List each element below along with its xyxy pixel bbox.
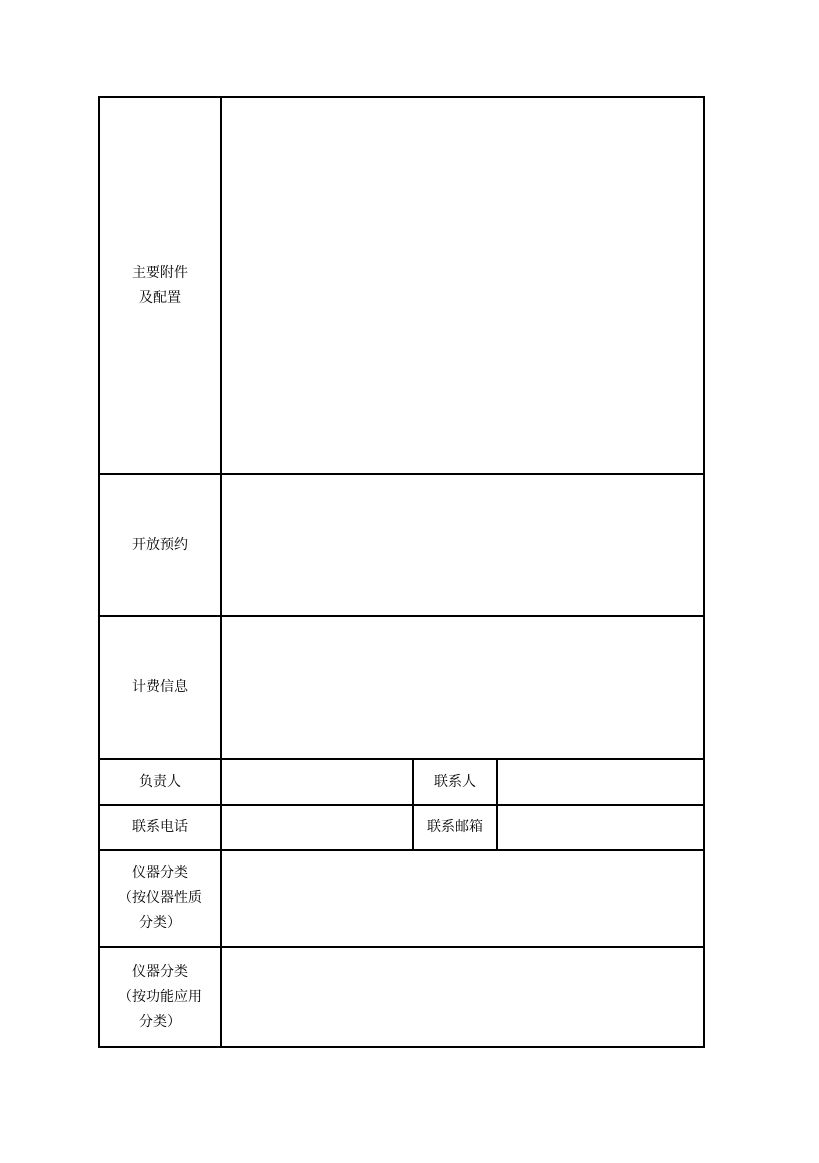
category-nature-label-cell: 仪器分类 （按仪器性质 分类） bbox=[99, 850, 221, 947]
table-row-attachments: 主要附件 及配置 bbox=[99, 97, 704, 474]
table-row-reservation: 开放预约 bbox=[99, 474, 704, 616]
category-function-label-line-2: （按功能应用 bbox=[100, 985, 220, 1010]
reservation-label-cell: 开放预约 bbox=[99, 474, 221, 616]
manager-label-cell: 负责人 bbox=[99, 759, 221, 805]
category-nature-value-cell bbox=[221, 850, 704, 947]
manager-value-cell bbox=[221, 759, 413, 805]
attachments-label-cell: 主要附件 及配置 bbox=[99, 97, 221, 474]
phone-label-cell: 联系电话 bbox=[99, 805, 221, 850]
category-function-label-line-3: 分类） bbox=[100, 1010, 220, 1035]
billing-label-cell: 计费信息 bbox=[99, 616, 221, 759]
category-nature-label-line-2: （按仪器性质 bbox=[100, 886, 220, 911]
phone-value-cell bbox=[221, 805, 413, 850]
email-value-cell bbox=[497, 805, 704, 850]
email-label-cell: 联系邮箱 bbox=[413, 805, 497, 850]
table-row-manager-contact: 负责人 联系人 bbox=[99, 759, 704, 805]
table-row-category-function: 仪器分类 （按功能应用 分类） bbox=[99, 947, 704, 1047]
category-nature-label-line-1: 仪器分类 bbox=[100, 861, 220, 886]
attachments-label-line-1: 主要附件 bbox=[100, 261, 220, 286]
table-row-phone-email: 联系电话 联系邮箱 bbox=[99, 805, 704, 850]
reservation-value-cell bbox=[221, 474, 704, 616]
table-row-category-nature: 仪器分类 （按仪器性质 分类） bbox=[99, 850, 704, 947]
contact-person-label-cell: 联系人 bbox=[413, 759, 497, 805]
billing-value-cell bbox=[221, 616, 704, 759]
document-page: 主要附件 及配置 开放预约 计费信息 负责人 联系人 联系电话 联系邮箱 bbox=[0, 0, 819, 1163]
table-row-billing: 计费信息 bbox=[99, 616, 704, 759]
attachments-label-line-2: 及配置 bbox=[100, 286, 220, 311]
category-nature-label-line-3: 分类） bbox=[100, 911, 220, 936]
attachments-value-cell bbox=[221, 97, 704, 474]
category-function-label-line-1: 仪器分类 bbox=[100, 960, 220, 985]
instrument-info-form-table: 主要附件 及配置 开放预约 计费信息 负责人 联系人 联系电话 联系邮箱 bbox=[98, 96, 705, 1048]
category-function-value-cell bbox=[221, 947, 704, 1047]
category-function-label-cell: 仪器分类 （按功能应用 分类） bbox=[99, 947, 221, 1047]
contact-person-value-cell bbox=[497, 759, 704, 805]
